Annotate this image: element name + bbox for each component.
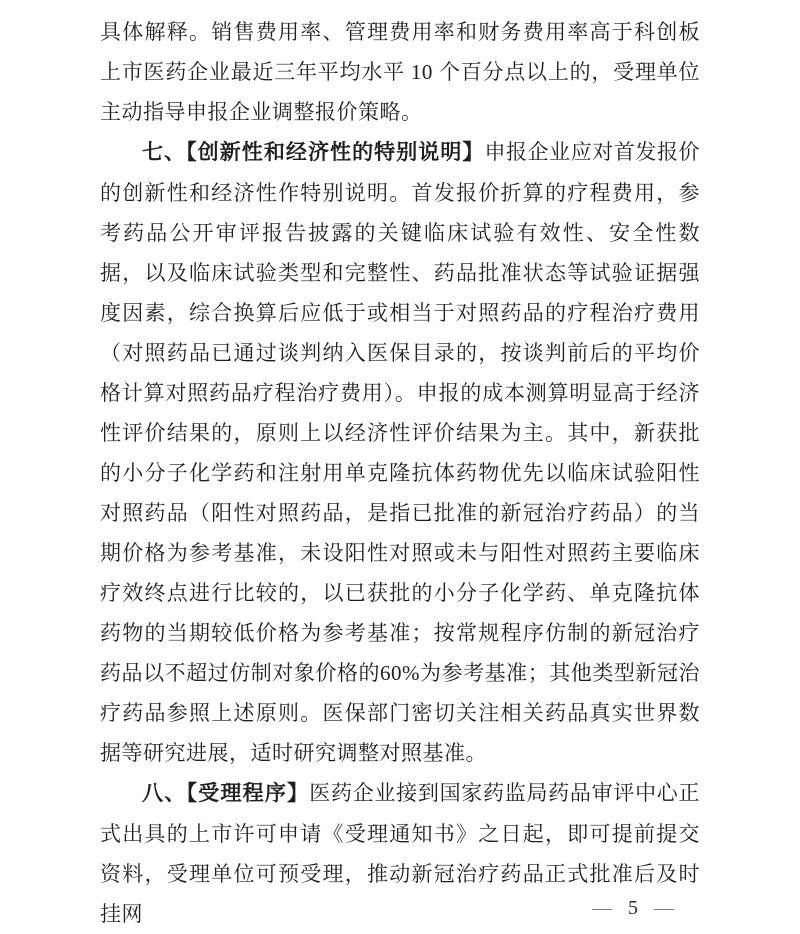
section-heading-acceptance-procedure: 八、【受理程序】 <box>142 782 309 805</box>
paragraph-section-7: 七、【创新性和经济性的特别说明】申报企业应对首发报价的创新性和经济性作特别说明。… <box>100 132 700 773</box>
document-page: 具体解释。销售费用率、管理费用率和财务费用率高于科创板上市医药企业最近三年平均水… <box>0 0 800 934</box>
document-text-block: 具体解释。销售费用率、管理费用率和财务费用率高于科创板上市医药企业最近三年平均水… <box>100 12 700 934</box>
footer-dash-right: — <box>654 897 674 919</box>
section-heading-innovation-economy: 七、【创新性和经济性的特别说明】 <box>142 141 484 164</box>
paragraph-continuation: 具体解释。销售费用率、管理费用率和财务费用率高于科创板上市医药企业最近三年平均水… <box>100 12 700 132</box>
paragraph-continuation-text: 具体解释。销售费用率、管理费用率和财务费用率高于科创板上市医药企业最近三年平均水… <box>100 20 700 124</box>
page-footer: —5— <box>0 894 674 922</box>
footer-dash-left: — <box>592 897 612 919</box>
section-7-body-text: 申报企业应对首发报价的创新性和经济性作特别说明。首发报价折算的疗程费用，参考药品… <box>100 140 700 765</box>
page-number: 5 <box>628 897 638 919</box>
